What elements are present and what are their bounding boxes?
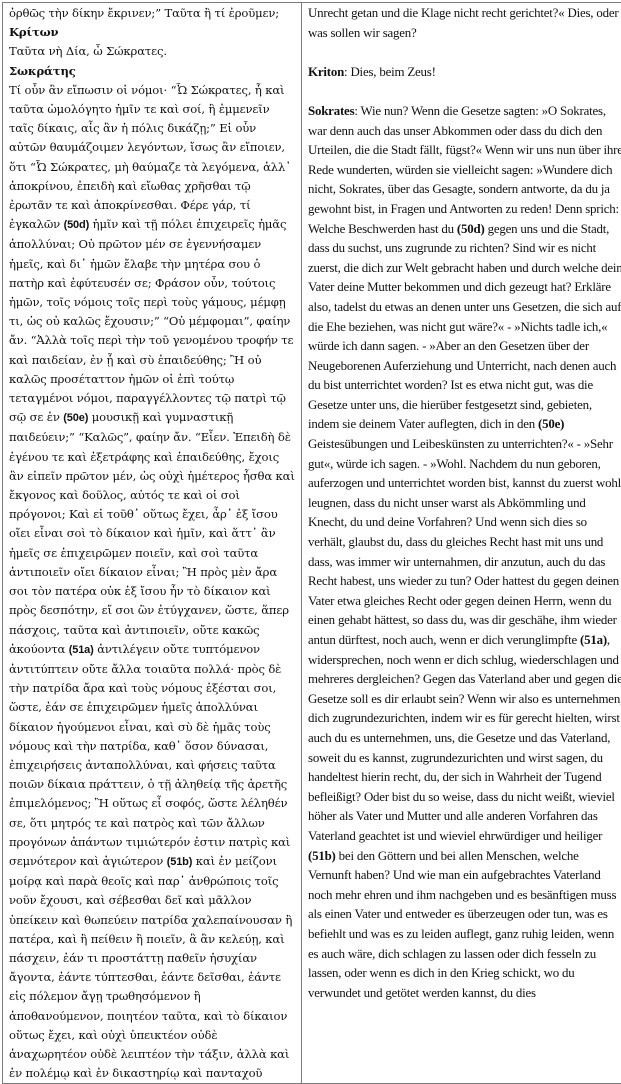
parallel-text-table: ὀρθῶς τὴν δίκην ἔκρινεν;” Ταῦτα ἢ τί ἐρο…: [2, 2, 621, 916]
german-sokrates-paragraph: Sokrates: Wie nun? Wenn die Gesetze sagt…: [308, 102, 621, 916]
greek-speaker-sokrates: Σωκράτης: [9, 62, 296, 81]
german-column: Unrecht getan und die Klage nicht recht …: [302, 3, 621, 917]
german-text-segment: bei den Göttern und bei allen Menschen, …: [308, 849, 616, 916]
german-intro-paragraph: Unrecht getan und die Klage nicht recht …: [308, 4, 621, 43]
parallel-text-page: ὀρθῶς τὴν δίκην ἔκρινεν;” Ταῦτα ἢ τί ἐρο…: [0, 0, 621, 916]
german-text-segment: gegen uns und die Stadt, dass du suchst,…: [308, 222, 621, 432]
german-speaker-sokrates: Sokrates: [308, 104, 354, 118]
stephanus-marker-51b: (51b): [308, 849, 336, 863]
greek-speaker-kriton: Κρίτων: [9, 23, 296, 42]
greek-text-segment: Τί οὖν ἂν εἴπωσιν οἱ νόμοι· “Ὦ Σώκρατες,…: [9, 83, 291, 231]
table-row: ὀρθῶς τὴν δίκην ἔκρινεν;” Ταῦτα ἢ τί ἐρο…: [3, 3, 621, 917]
greek-sokrates-speech: Τί οὖν ἂν εἴπωσιν οἱ νόμοι· “Ὦ Σώκρατες,…: [9, 81, 296, 916]
greek-kriton-reply: Ταῦτα νὴ Δία, ὦ Σώκρατες.: [9, 42, 296, 61]
german-kriton-reply: : Dies, beim Zeus!: [344, 65, 436, 79]
german-text-segment: : Wie nun? Wenn die Gesetze sagten: »O S…: [308, 104, 621, 236]
stephanus-marker-50d: (50d): [64, 219, 90, 231]
stephanus-marker-51b: (51b): [167, 856, 193, 868]
german-speaker-kriton: Kriton: [308, 65, 344, 79]
stephanus-marker-51a: (51a): [69, 644, 94, 656]
greek-text-segment: ἡμῖν καὶ τῇ πόλει ἐπιχειρεῖς ἡμᾶς ἀπολλύ…: [9, 217, 293, 424]
stephanus-marker-50d: (50d): [457, 222, 485, 236]
greek-text-segment: μουσικῇ καὶ γυμναστικῇ παιδεύειν;” “Καλῶ…: [9, 410, 295, 655]
german-text-segment: Geistesübungen und Leibeskünsten zu unte…: [308, 437, 621, 647]
greek-intro-line: ὀρθῶς τὴν δίκην ἔκρινεν;” Ταῦτα ἢ τί ἐρο…: [9, 4, 296, 23]
stephanus-marker-50e: (50e): [538, 417, 564, 431]
german-text-segment: , widersprechen, noch wenn er dich schlu…: [308, 633, 621, 843]
stephanus-marker-50e: (50e): [63, 412, 88, 424]
german-kriton-paragraph: Kriton: Dies, beim Zeus!: [308, 63, 621, 83]
greek-column: ὀρθῶς τὴν δίκην ἔκρινεν;” Ταῦτα ἢ τί ἐρο…: [3, 3, 302, 917]
greek-text-segment: ἀντιλέγειν οὔτε τυπτόμενον ἀντιτύπτειν ο…: [9, 642, 290, 868]
stephanus-marker-51a: (51a): [580, 633, 607, 647]
